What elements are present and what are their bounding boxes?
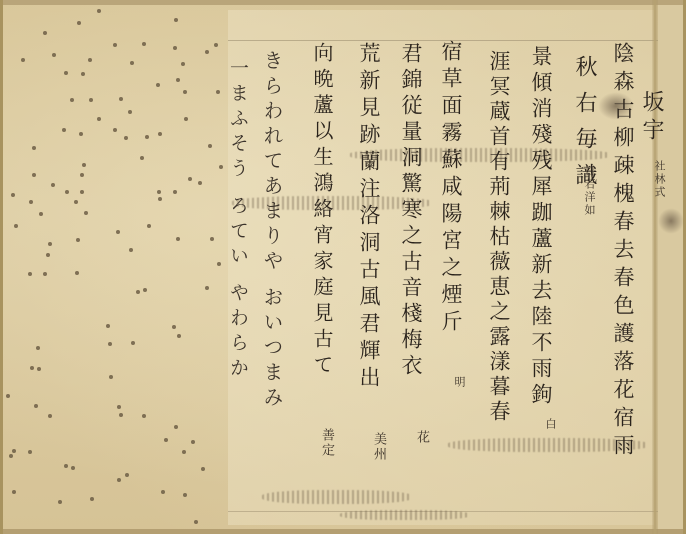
top-border <box>0 0 686 5</box>
dust-band <box>262 490 412 504</box>
mounting-strip <box>658 5 683 529</box>
column-1-title: 坂宇 <box>640 90 662 146</box>
bottom-border <box>0 529 686 534</box>
column-4: 景傾消殘残犀跏蘆新去陸不雨鉤 <box>530 45 551 409</box>
column-2: 陰森古柳疎槐春去春色護落花宿雨 <box>612 42 633 462</box>
ink-smudge <box>658 208 684 234</box>
column-6: 宿草面霧蘇咸陽宮之煙斤 <box>440 40 461 337</box>
column-4-note: 白 <box>545 418 556 431</box>
column-11: 一まふそう ろてい やわらか <box>228 58 247 382</box>
column-10: きらわれてあまりや おいつまみ <box>262 50 282 411</box>
left-border <box>0 0 3 534</box>
column-3-note: 日若洋如 <box>584 165 595 217</box>
column-5: 涯冥蔵首有荊棘枯薇恵之露漾暮春 <box>488 50 509 425</box>
dust-band <box>340 510 470 520</box>
dust-band <box>350 148 610 162</box>
column-7-note: 花 <box>415 430 428 445</box>
column-6-note: 明 <box>454 376 465 389</box>
column-7: 君錦従量洞驚寒之古音棧梅衣 <box>400 42 421 380</box>
column-8: 荒新見跡蘭注洛洞古風君輝出 <box>358 42 379 393</box>
column-9: 向晩蘆以生鴻絡宵家庭見古て <box>312 42 332 380</box>
column-1-note: 社林式 <box>654 160 665 199</box>
manuscript-sheet: 坂宇 社林式 陰森古柳疎槐春去春色護落花宿雨 秋右毎識 日若洋如 景傾消殘残犀跏… <box>0 0 686 534</box>
column-9-note: 善定 <box>320 428 333 458</box>
column-8-note: 美州 <box>372 432 385 462</box>
